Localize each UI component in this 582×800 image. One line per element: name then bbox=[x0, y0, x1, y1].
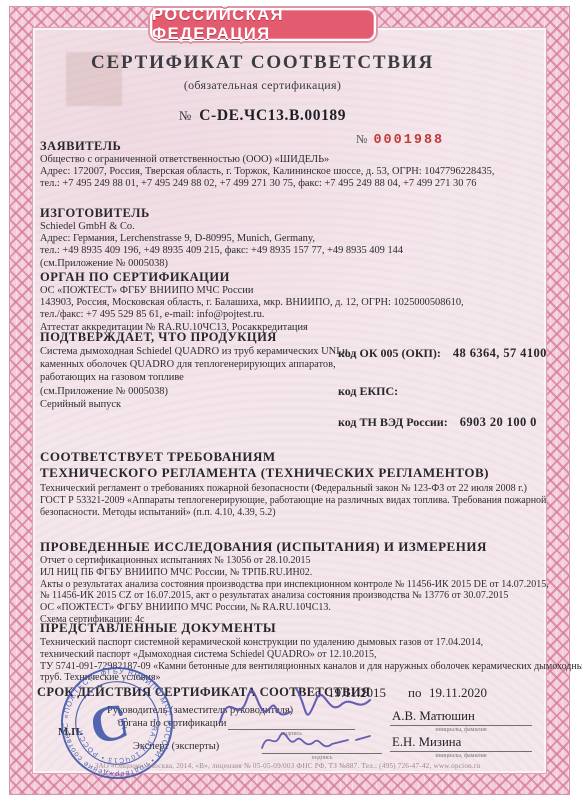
ekps-code-label: код ЕКПС: bbox=[338, 384, 398, 398]
head-name: А.В. Матюшин bbox=[392, 709, 475, 724]
tnved-code-row: код ТН ВЭД России:6903 20 100 0 bbox=[338, 415, 537, 430]
tests-line: ИЛ НИЦ ПБ ФГБУ ВНИИПО МЧС России, № ТРПБ… bbox=[40, 567, 549, 579]
manufacturer-details: Schiedel GmbH & Co. Адрес: Германия, Ler… bbox=[40, 221, 403, 270]
documents-heading: ПРЕДСТАВЛЕННЫЕ ДОКУМЕНТЫ bbox=[40, 620, 276, 636]
expert-name-caption: инициалы, фамилия bbox=[390, 753, 532, 759]
certificate-number-row: №C-DE.ЧС13.В.00189 bbox=[35, 107, 490, 125]
certificate-number-sign: № bbox=[179, 108, 191, 123]
compliance-heading-line2: ТЕХНИЧЕСКОГО РЕГЛАМЕНТА (ТЕХНИЧЕСКИХ РЕГ… bbox=[40, 465, 489, 481]
compliance-line: Технический регламент о требованиях пожа… bbox=[40, 483, 546, 495]
printer-imprint: ЗАО «Опцион», Москва, 2014, «В», лицензи… bbox=[35, 762, 540, 770]
compliance-line: ГОСТ Р 53321-2009 «Аппараты теплогенерир… bbox=[40, 495, 546, 507]
applicant-line: Общество с ограниченной ответственностью… bbox=[40, 154, 494, 166]
head-name-caption: инициалы, фамилия bbox=[390, 727, 532, 733]
compliance-line: безопасности. Методы испытаний» (п.п. 4.… bbox=[40, 507, 546, 519]
okp-code-value: 48 6364, 57 4100 bbox=[453, 346, 547, 360]
manufacturer-heading: ИЗГОТОВИТЕЛЬ bbox=[40, 206, 150, 221]
tests-heading: ПРОВЕДЕННЫЕ ИССЛЕДОВАНИЯ (ИСПЫТАНИЯ) И И… bbox=[40, 539, 487, 555]
product-heading: ПОДТВЕРЖДАЕТ, ЧТО ПРОДУКЦИЯ bbox=[40, 330, 277, 345]
manufacturer-line: тел.: +49 8935 409 196, +49 8935 409 215… bbox=[40, 245, 403, 257]
certification-body-heading: ОРГАН ПО СЕРТИФИКАЦИИ bbox=[40, 270, 230, 285]
country-badge: РОССИЙСКАЯ ФЕДЕРАЦИЯ bbox=[150, 8, 376, 41]
certificate-number: C-DE.ЧС13.В.00189 bbox=[199, 107, 346, 124]
applicant-details: Общество с ограниченной ответственностью… bbox=[40, 154, 494, 191]
product-line: Серийный выпуск bbox=[40, 398, 348, 411]
expert-name-line bbox=[390, 751, 532, 752]
tests-details: Отчет о сертификационных испытаниях № 13… bbox=[40, 555, 549, 626]
product-line: Система дымоходная Schiedel QUADRO из тр… bbox=[40, 345, 348, 358]
blank-number-row: №0001988 bbox=[356, 132, 444, 148]
okp-code-row: код ОК 005 (ОКП):48 6364, 57 4100 bbox=[338, 346, 547, 361]
certificate-page: РОССИЙСКАЯ ФЕДЕРАЦИЯ СЕРТИФИКАТ СООТВЕТС… bbox=[0, 0, 582, 800]
ekps-code-row: код ЕКПС: bbox=[338, 384, 398, 399]
manufacturer-line: Адрес: Германия, Lerchenstrasse 9, D-809… bbox=[40, 233, 403, 245]
certification-body-line: 143903, Россия, Московская область, г. Б… bbox=[40, 297, 464, 309]
applicant-heading: ЗАЯВИТЕЛЬ bbox=[40, 139, 121, 154]
documents-line: технический паспорт «Дымоходная система … bbox=[40, 649, 582, 661]
tests-line: Акты о результатах анализа состояния про… bbox=[40, 579, 549, 591]
tnved-code-value: 6903 20 100 0 bbox=[460, 415, 537, 429]
document-subtitle: (обязательная сертификация) bbox=[35, 78, 490, 93]
product-line: (см.Приложение № 0005038) bbox=[40, 385, 348, 398]
country-badge-label: РОССИЙСКАЯ ФЕДЕРАЦИЯ bbox=[152, 6, 374, 44]
product-line: каменных оболочек QUADRO для теплогенери… bbox=[40, 358, 348, 371]
applicant-line: Адрес: 172007, Россия, Тверская область,… bbox=[40, 166, 494, 178]
documents-line: Технический паспорт системной керамическ… bbox=[40, 637, 582, 649]
applicant-line: тел.: +7 495 249 88 01, +7 495 249 88 02… bbox=[40, 178, 494, 190]
certification-body-line: тел./факс: +7 495 529 85 61, e-mail: inf… bbox=[40, 309, 464, 321]
product-line: работающих на газовом топливе bbox=[40, 371, 348, 384]
product-description: Система дымоходная Schiedel QUADRO из тр… bbox=[40, 345, 348, 411]
head-name-line bbox=[390, 725, 532, 726]
blank-number-sign: № bbox=[356, 132, 367, 146]
tests-line: ОС «ПОЖТЕСТ» ФГБУ ВНИИПО МЧС России, № R… bbox=[40, 602, 549, 614]
tnved-code-label: код ТН ВЭД России: bbox=[338, 415, 448, 429]
certification-body-details: ОС «ПОЖТЕСТ» ФГБУ ВНИИПО МЧС России 1439… bbox=[40, 285, 464, 334]
tests-line: Отчет о сертификационных испытаниях № 13… bbox=[40, 555, 549, 567]
manufacturer-line: (см.Приложение № 0005038) bbox=[40, 258, 403, 270]
okp-code-label: код ОК 005 (ОКП): bbox=[338, 346, 441, 360]
validity-to-label: по bbox=[408, 685, 421, 701]
compliance-details: Технический регламент о требованиях пожа… bbox=[40, 483, 546, 518]
expert-signature-ink bbox=[256, 722, 386, 756]
compliance-heading-line1: СООТВЕТСТВУЕТ ТРЕБОВАНИЯМ bbox=[40, 449, 276, 465]
certification-body-line: ОС «ПОЖТЕСТ» ФГБУ ВНИИПО МЧС России bbox=[40, 285, 464, 297]
blank-number: 0001988 bbox=[373, 133, 444, 148]
manufacturer-line: Schiedel GmbH & Co. bbox=[40, 221, 403, 233]
tests-line: № 11456-ИК 2015 CZ от 16.07.2015, акт о … bbox=[40, 590, 549, 602]
validity-to-date: 19.11.2020 bbox=[429, 685, 487, 701]
document-title: СЕРТИФИКАТ СООТВЕТСТВИЯ bbox=[35, 52, 490, 74]
expert-name: Е.Н. Мизина bbox=[392, 735, 461, 750]
